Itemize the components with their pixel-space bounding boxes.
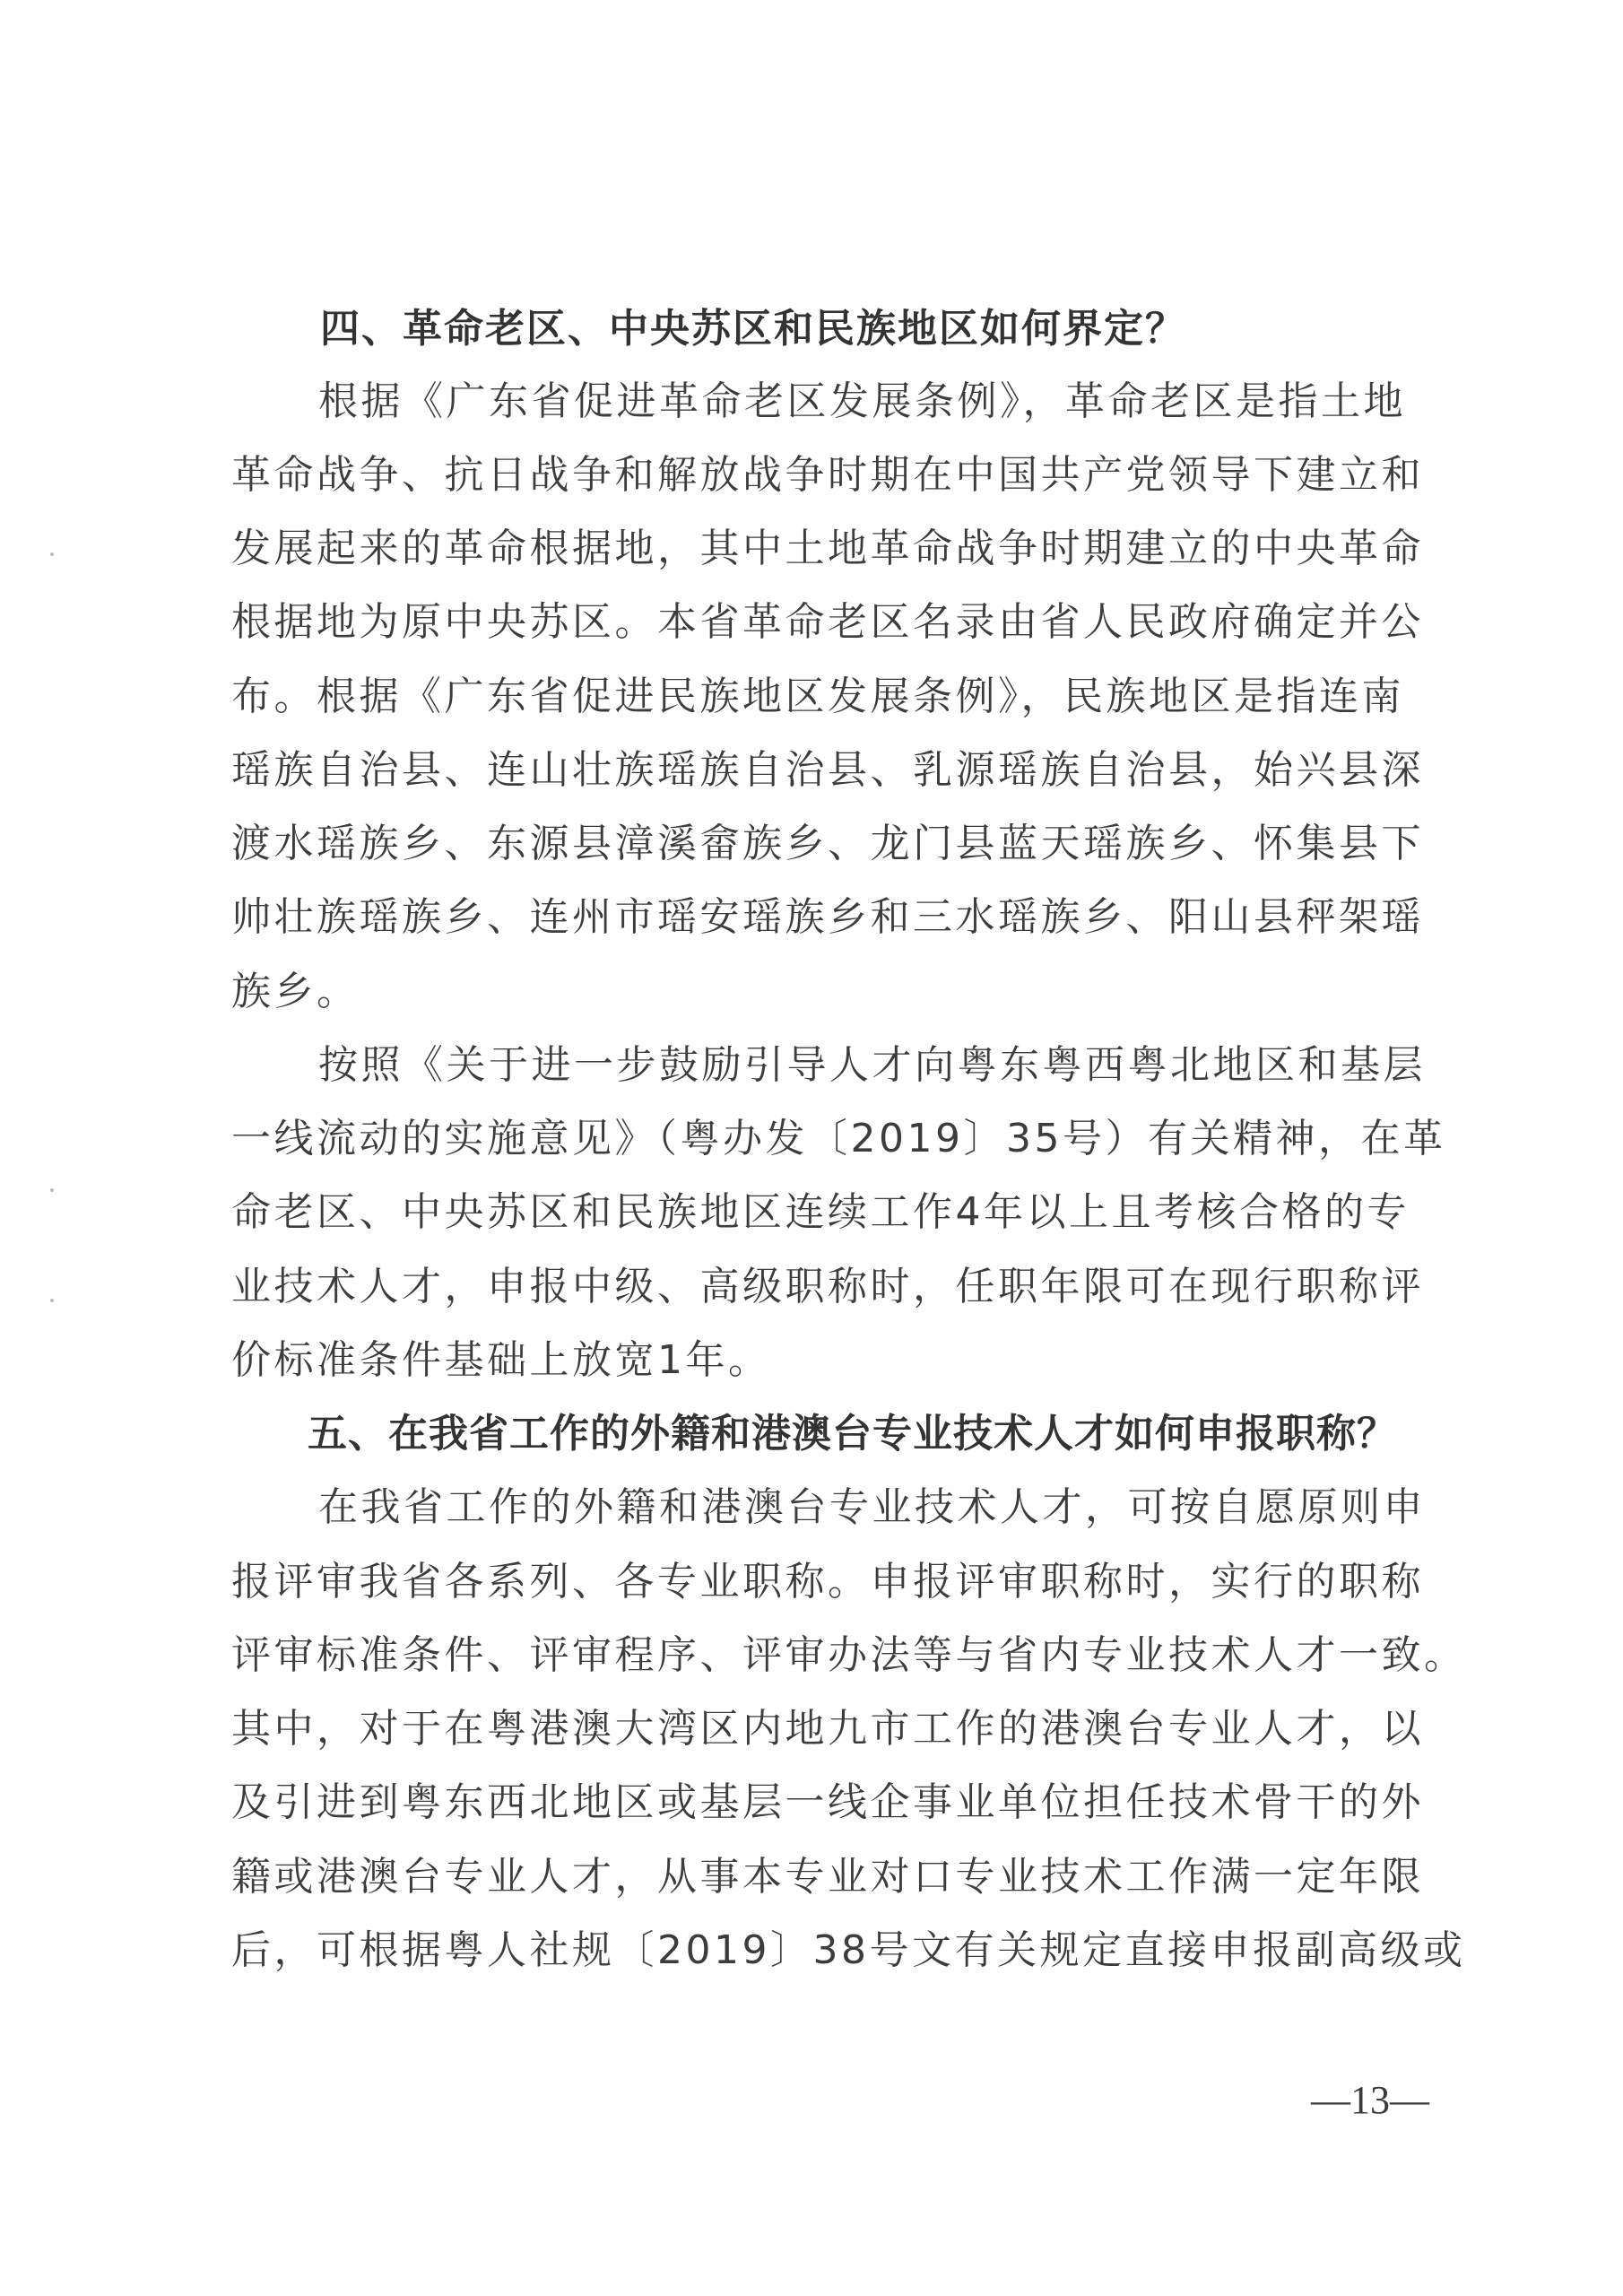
paragraph-line: 其中，对于在粤港澳大湾区内地九市工作的港澳台专业人才，以 (231, 1708, 1424, 1751)
document-page: 四、革命老区、中央苏区和民族地区如何界定？ 根据《广东省促进革命老区发展条例》，… (0, 0, 1623, 2296)
scan-speck (50, 1299, 54, 1302)
paragraph-line: 按照《关于进一步鼓励引导人才向粤东粤西粤北地区和基层 (318, 1044, 1426, 1087)
paragraph-line: 瑶族自治县、连山壮族瑶族自治县、乳源瑶族自治县，始兴县深 (231, 749, 1424, 792)
paragraph-line: 渡水瑶族乡、东源县漳溪畲族乡、龙门县蓝天瑶族乡、怀集县下 (231, 822, 1424, 865)
paragraph-line: 及引进到粤东西北地区或基层一线企事业单位担任技术骨干的外 (231, 1781, 1424, 1824)
paragraph-line: 布。根据《广东省促进民族地区发展条例》，民族地区是指连南 (231, 675, 1404, 718)
paragraph-line: 命老区、中央苏区和民族地区连续工作4年以上且考核合格的专 (231, 1191, 1410, 1234)
paragraph-line: 族乡。 (231, 970, 360, 1013)
paragraph-line: 评审标准条件、评审程序、评审办法等与省内专业技术人才一致。 (231, 1634, 1467, 1677)
page-number: —13— (1311, 2079, 1429, 2122)
paragraph-line: 根据《广东省促进革命老区发展条例》，革命老区是指土地 (318, 380, 1406, 423)
paragraph-line: 一线流动的实施意见》（粤办发〔2019〕35号）有关精神，在革 (231, 1118, 1445, 1161)
paragraph-line: 业技术人才，申报中级、高级职称时，任职年限可在现行职称评 (231, 1265, 1424, 1309)
paragraph-line: 在我省工作的外籍和港澳台专业技术人才，可按自愿原则申 (318, 1486, 1426, 1529)
paragraph-line: 帅壮族瑶族乡、连州市瑶安瑶族乡和三水瑶族乡、阳山县秤架瑶 (231, 896, 1424, 939)
paragraph-line: 革命战争、抗日战争和解放战争时期在中国共产党领导下建立和 (231, 454, 1424, 497)
paragraph-line: 报评审我省各系列、各专业职称。申报评审职称时，实行的职称 (231, 1561, 1424, 1604)
scan-speck (50, 552, 54, 556)
scan-speck (50, 1188, 54, 1192)
section-heading-4: 四、革命老区、中央苏区和民族地区如何界定？ (320, 308, 1186, 351)
paragraph-line: 籍或港澳台专业人才，从事本专业对口专业技术工作满一定年限 (231, 1856, 1424, 1899)
section-heading-5: 五、在我省工作的外籍和港澳台专业技术人才如何申报职称？ (308, 1413, 1397, 1456)
paragraph-line: 根据地为原中央苏区。本省革命老区名录由省人民政府确定并公 (231, 601, 1424, 644)
paragraph-line: 后，可根据粤人社规〔2019〕38号文有关规定直接申报副高级或 (231, 1929, 1465, 1972)
paragraph-line: 价标准条件基础上放宽1年。 (231, 1339, 771, 1382)
paragraph-line: 发展起来的革命根据地，其中土地革命战争时期建立的中央革命 (231, 527, 1424, 570)
